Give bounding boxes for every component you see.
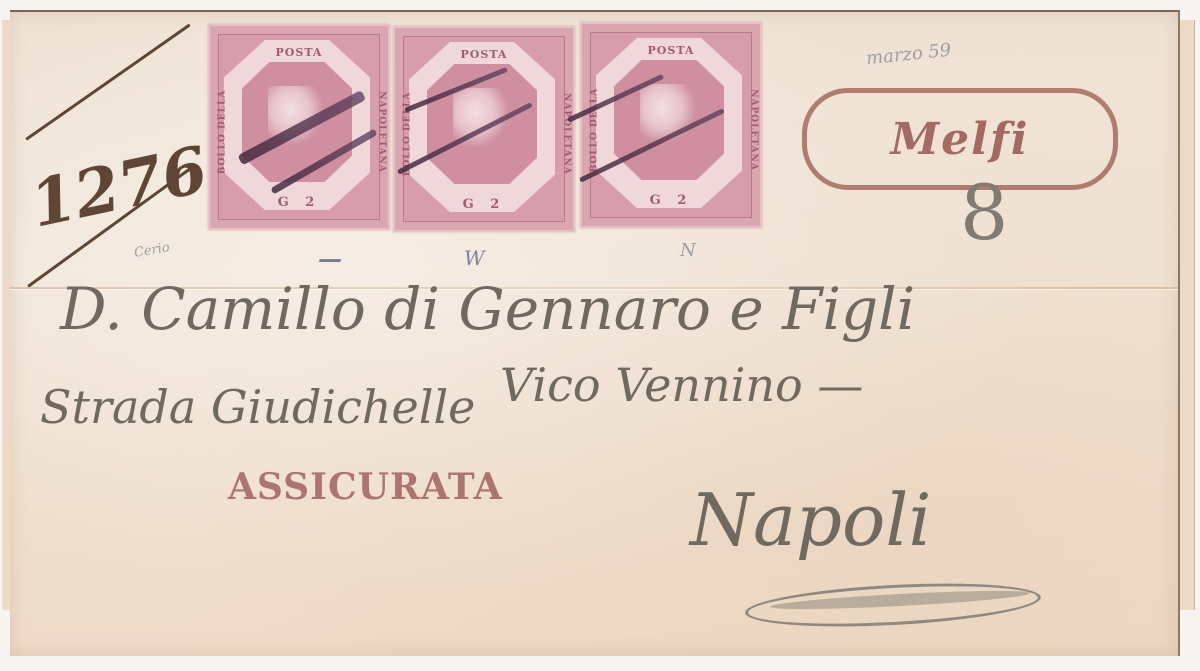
- rate-mark: 8: [960, 168, 1008, 257]
- address-city: Napoli: [690, 478, 931, 562]
- address-line-2: Strada Giudichelle: [40, 380, 475, 434]
- town-name: Melfi: [890, 114, 1029, 165]
- stamp: POSTA BOLLO DELLA NAPOLETANA G 2: [580, 22, 762, 228]
- pencil-mark-n: N: [680, 240, 696, 261]
- address-line-2b: Vico Vennino —: [500, 358, 863, 412]
- assicurata-handstamp: ASSICURATA: [228, 466, 503, 508]
- address-line-1: D. Camillo di Gennaro e Figli: [60, 275, 915, 343]
- pencil-mark-dash: —: [318, 244, 342, 273]
- pencil-mark-w: W: [464, 246, 485, 270]
